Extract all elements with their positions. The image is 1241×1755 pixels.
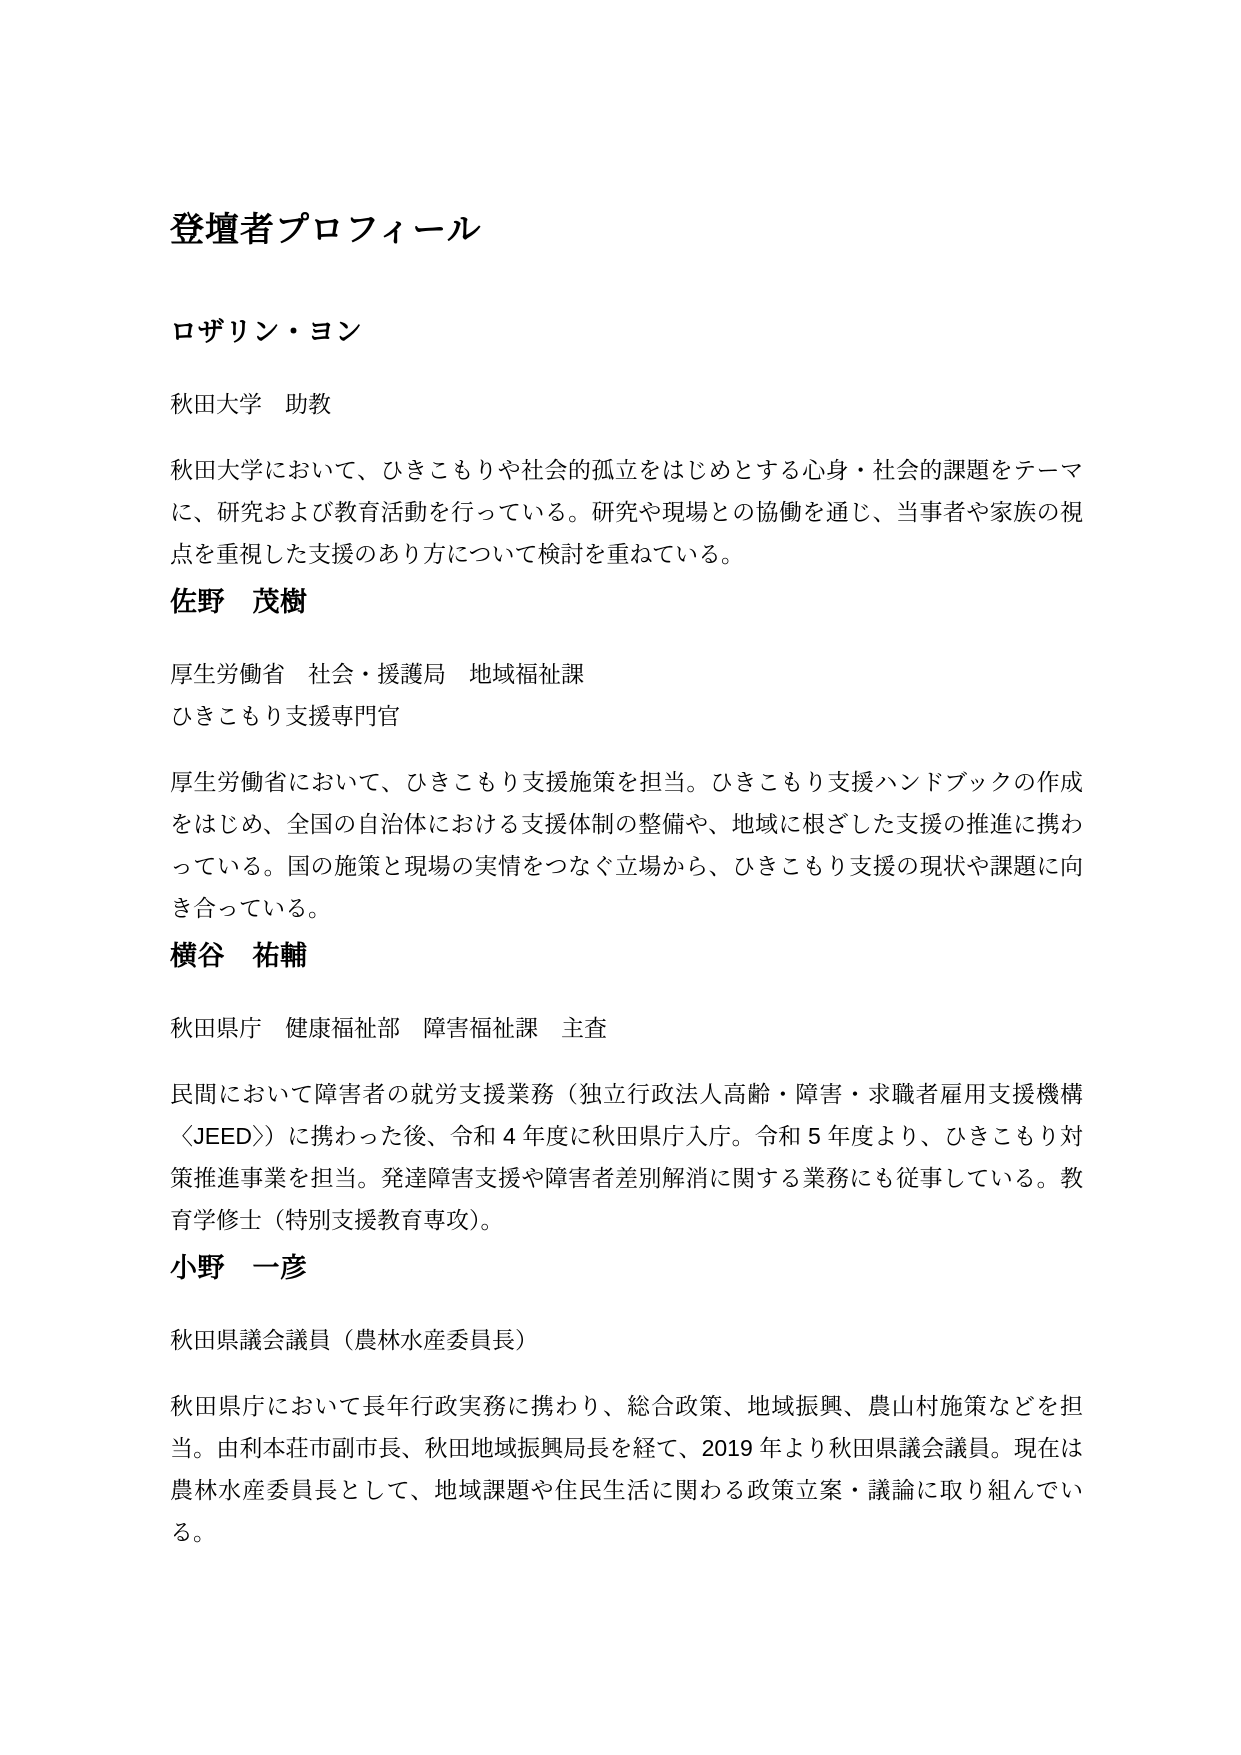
speaker-bio: 秋田県庁において長年行政実務に携わり、総合政策、地域振興、農山村施策などを担当。…: [170, 1385, 1083, 1553]
speaker-bio: 厚生労働省において、ひきこもり支援施策を担当。ひきこもり支援ハンドブックの作成を…: [170, 761, 1083, 929]
speaker-affiliation: 厚生労働省 社会・援護局 地域福祉課: [170, 653, 1083, 695]
speaker-name: 佐野 茂樹: [170, 585, 1083, 619]
profile-section-4: 小野 一彦 秋田県議会議員（農林水産委員長） 秋田県庁において長年行政実務に携わ…: [170, 1251, 1083, 1553]
speaker-bio: 秋田大学において、ひきこもりや社会的孤立をはじめとする心身・社会的課題をテーマに…: [170, 449, 1083, 575]
profile-section-2: 佐野 茂樹 厚生労働省 社会・援護局 地域福祉課 ひきこもり支援専門官 厚生労働…: [170, 585, 1083, 929]
speaker-affiliation: 秋田大学 助教: [170, 383, 1083, 425]
speaker-affiliation-block: 厚生労働省 社会・援護局 地域福祉課 ひきこもり支援専門官: [170, 653, 1083, 737]
speaker-name: 横谷 祐輔: [170, 939, 1083, 973]
profile-section-1: ロザリン・ヨン 秋田大学 助教 秋田大学において、ひきこもりや社会的孤立をはじめ…: [170, 315, 1083, 575]
speaker-affiliation: 秋田県議会議員（農林水産委員長）: [170, 1319, 1083, 1361]
document-page: 登壇者プロフィール ロザリン・ヨン 秋田大学 助教 秋田大学において、ひきこもり…: [0, 0, 1241, 1755]
speaker-affiliation-block: 秋田県議会議員（農林水産委員長）: [170, 1319, 1083, 1361]
speaker-name: 小野 一彦: [170, 1251, 1083, 1285]
profile-section-3: 横谷 祐輔 秋田県庁 健康福祉部 障害福祉課 主査 民間において障害者の就労支援…: [170, 939, 1083, 1241]
speaker-bio: 民間において障害者の就労支援業務（独立行政法人高齢・障害・求職者雇用支援機構〈J…: [170, 1073, 1083, 1241]
speaker-name: ロザリン・ヨン: [170, 315, 1083, 349]
speaker-affiliation: 秋田県庁 健康福祉部 障害福祉課 主査: [170, 1007, 1083, 1049]
speaker-affiliation-block: 秋田大学 助教: [170, 383, 1083, 425]
document-title: 登壇者プロフィール: [170, 205, 1083, 255]
speaker-affiliation-block: 秋田県庁 健康福祉部 障害福祉課 主査: [170, 1007, 1083, 1049]
speaker-role: ひきこもり支援専門官: [170, 695, 1083, 737]
